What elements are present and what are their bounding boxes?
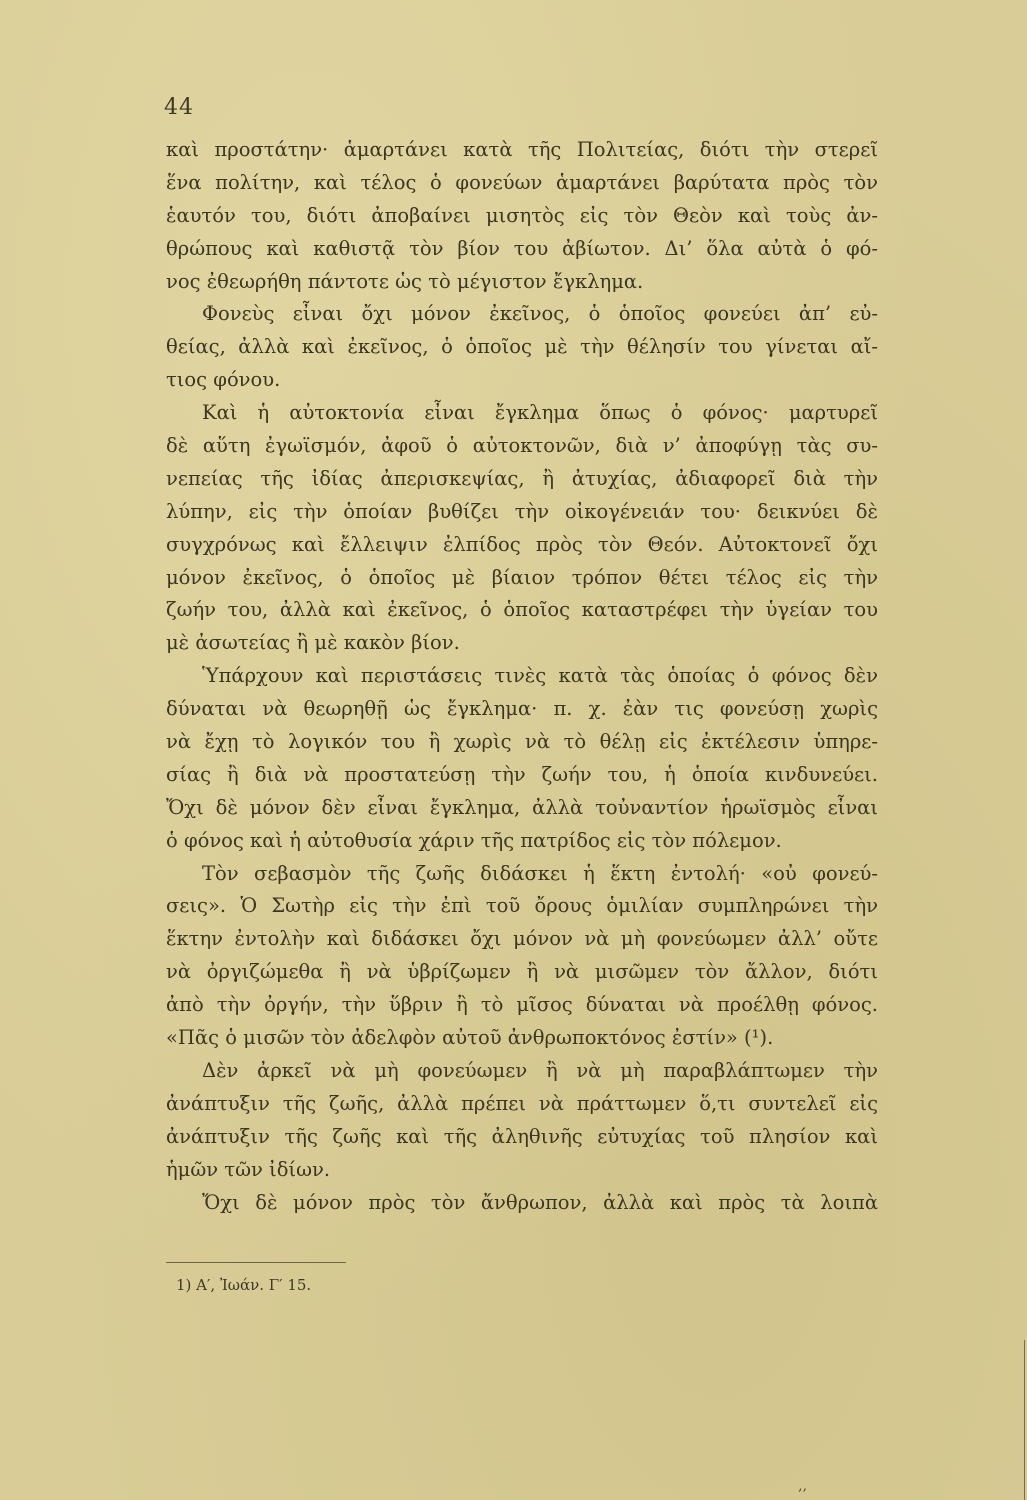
text-line: Ὑπάρχουν καὶ περιστάσεις τινὲς κατὰ τὰς … xyxy=(166,660,878,693)
text-line: ζωήν του, ἀλλὰ καὶ ἐκεῖνος, ὁ ὁποῖος κατ… xyxy=(166,594,878,627)
text-line: τιος φόνου. xyxy=(166,364,878,397)
text-line: θείας, ἀλλὰ καὶ ἐκεῖνος, ὁ ὁποῖος μὲ τὴν… xyxy=(166,331,878,364)
text-line: νὰ ὀργιζώμεθα ἢ νὰ ὑβρίζωμεν ἢ νὰ μισῶμε… xyxy=(166,956,878,989)
text-line: νεπείας τῆς ἰδίας ἀπερισκεψίας, ἢ ἀτυχία… xyxy=(166,463,878,496)
text-line: μὲ ἀσωτείας ἢ μὲ κακὸν βίον. xyxy=(166,627,878,660)
text-line: ἡμῶν τῶν ἰδίων. xyxy=(166,1154,878,1187)
text-line: νὰ ἔχῃ τὸ λογικόν του ἢ χωρὶς νὰ τὸ θέλῃ… xyxy=(166,726,878,759)
text-line: δύναται νὰ θεωρηθῇ ὡς ἔγκλημα· π. χ. ἐὰν… xyxy=(166,693,878,726)
body-text: καὶ προστάτην· ἁμαρτάνει κατὰ τῆς Πολιτε… xyxy=(166,134,878,1219)
text-line: δὲ αὕτη ἐγωϊσμόν, ἀφοῦ ὁ αὐτοκτονῶν, διὰ… xyxy=(166,430,878,463)
stray-ink-mark: ‚‚ xyxy=(798,1478,807,1494)
text-line: νος ἐθεωρήθη πάντοτε ὡς τὸ μέγιστον ἔγκλ… xyxy=(166,266,878,299)
text-line: ἀπὸ τὴν ὀργήν, τὴν ὕβριν ἢ τὸ μῖσος δύνα… xyxy=(166,989,878,1022)
text-line: Τὸν σεβασμὸν τῆς ζωῆς διδάσκει ἡ ἕκτη ἐν… xyxy=(166,858,878,891)
text-line: συγχρόνως καὶ ἔλλειψιν ἐλπίδος πρὸς τὸν … xyxy=(166,529,878,562)
text-line: Καὶ ἡ αὐτοκτονία εἶναι ἔγκλημα ὅπως ὁ φό… xyxy=(166,397,878,430)
text-line: ἑαυτόν του, διότι ἀποβαίνει μισητὸς εἰς … xyxy=(166,200,878,233)
text-line: θρώπους καὶ καθιστᾷ τὸν βίον του ἀβίωτον… xyxy=(166,233,878,266)
text-line: Φονεὺς εἶναι ὄχι μόνον ἐκεῖνος, ὁ ὁποῖος… xyxy=(166,298,878,331)
text-line: Ὄχι δὲ μόνον πρὸς τὸν ἄνθρωπον, ἀλλὰ καὶ… xyxy=(166,1187,878,1220)
text-line: λύπην, εἰς τὴν ὁποίαν βυθίζει τὴν οἰκογέ… xyxy=(166,496,878,529)
text-line: σεις». Ὁ Σωτὴρ εἰς τὴν ἐπὶ τοῦ ὄρους ὁμι… xyxy=(166,890,878,923)
page-number: 44 xyxy=(164,95,194,120)
text-line: ἕκτην ἐντολὴν καὶ διδάσκει ὄχι μόνον νὰ … xyxy=(166,923,878,956)
text-line: Δὲν ἀρκεῖ νὰ μὴ φονεύωμεν ἢ νὰ μὴ παραβλ… xyxy=(166,1055,878,1088)
text-line: σίας ἢ διὰ νὰ προστατεύσῃ τὴν ζωήν του, … xyxy=(166,759,878,792)
text-line: ἀνάπτυξιν τῆς ζωῆς καὶ τῆς ἀληθινῆς εὐτυ… xyxy=(166,1121,878,1154)
footnote: 1) Α′, Ἰωάν. Γ′ 15. xyxy=(176,1276,311,1294)
text-line: ἕνα πολίτην, καὶ τέλος ὁ φονεύων ἁμαρτάν… xyxy=(166,167,878,200)
text-line: ὁ φόνος καὶ ἡ αὐτοθυσία χάριν τῆς πατρίδ… xyxy=(166,825,878,858)
page-edge-line xyxy=(1024,1340,1025,1500)
footnote-divider xyxy=(166,1262,346,1263)
text-line: Ὄχι δὲ μόνον δὲν εἶναι ἔγκλημα, ἀλλὰ τοὐ… xyxy=(166,792,878,825)
text-line: καὶ προστάτην· ἁμαρτάνει κατὰ τῆς Πολιτε… xyxy=(166,134,878,167)
text-line: «Πᾶς ὁ μισῶν τὸν ἀδελφὸν αὐτοῦ ἀνθρωποκτ… xyxy=(166,1022,878,1055)
text-line: μόνον ἐκεῖνος, ὁ ὁποῖος μὲ βίαιον τρόπον… xyxy=(166,562,878,595)
scanned-page: { "page_number": "44", "lines": [ {"text… xyxy=(0,0,1027,1500)
text-line: ἀνάπτυξιν τῆς ζωῆς, ἀλλὰ πρέπει νὰ πράττ… xyxy=(166,1088,878,1121)
